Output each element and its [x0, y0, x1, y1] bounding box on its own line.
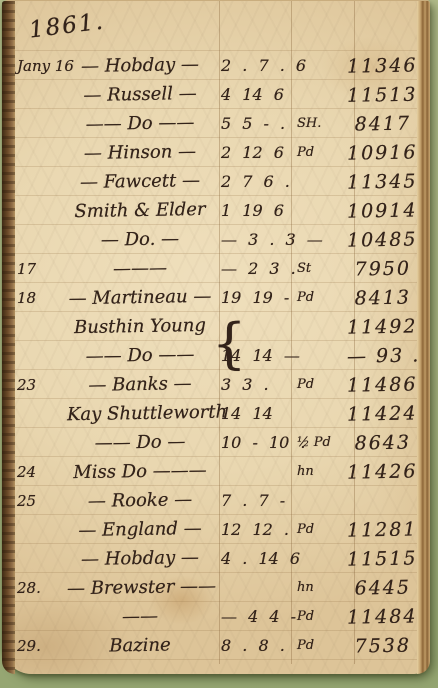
date-cell: 24 — [15, 463, 67, 481]
date-cell: 23 — [15, 376, 67, 394]
ref-number-cell: 8413 — [347, 286, 417, 309]
amount-cell: 3 3 . — [213, 375, 287, 394]
name-cell: — Brewster —— — [67, 576, 213, 600]
ref-number-cell: 11492 — [347, 315, 417, 338]
paid-mark-cell: hn — [287, 580, 347, 595]
name-cell: ——— — [67, 257, 213, 281]
amount-cell: 2 12 6 — [213, 143, 287, 162]
name-cell: —— Do —— — [67, 112, 213, 136]
amount-cell: 4 14 6 — [213, 85, 287, 104]
name-cell: Smith & Elder — [67, 199, 213, 223]
paid-mark-cell: Pd — [287, 290, 347, 305]
paid-mark-cell: Pd — [287, 609, 347, 624]
name-cell: —— — [67, 605, 213, 629]
ref-number-cell: 8417 — [347, 112, 417, 135]
name-cell: — Hobday — — [67, 547, 213, 571]
ledger-scan-scene: 1861. Jany 16 — Hobday — 2 . 7 . 6 11346… — [0, 0, 438, 688]
amount-cell: 8 . 8 . — [213, 636, 287, 655]
page-stack-edges — [417, 1, 430, 674]
ledger-row: — England — 12 12 . Pd 11281 — [15, 515, 417, 544]
paid-mark-cell: Pd — [287, 522, 347, 537]
name-cell: — Fawcett — — [67, 170, 213, 194]
ref-number-cell: 11345 — [347, 170, 417, 193]
paid-mark-cell: St — [287, 261, 347, 276]
ledger-row: —— Do —— 5 5 - . SH. 8417 — [15, 109, 417, 138]
ref-number-cell: 6445 — [347, 576, 417, 599]
name-cell: —— Do — — [67, 431, 213, 455]
name-cell: — Martineau — — [67, 286, 213, 310]
ledger-row: 28. — Brewster —— hn 6445 — [15, 573, 417, 602]
paid-mark-cell: Pd — [287, 145, 347, 160]
ledger-row: — Russell — 4 14 6 11513 . — [15, 80, 417, 109]
date-cell: 29. — [15, 637, 67, 655]
ledger-page: 1861. Jany 16 — Hobday — 2 . 7 . 6 11346… — [2, 0, 430, 674]
ledger-row: Jany 16 — Hobday — 2 . 7 . 6 11346 — [15, 51, 417, 80]
name-cell: — Russell — — [67, 83, 213, 107]
name-cell: — Do. — — [67, 228, 213, 252]
ref-number-cell: 11486 — [347, 373, 417, 396]
amount-cell: 7 . 7 - — [213, 491, 287, 510]
ref-number-cell: 7950 — [347, 257, 417, 280]
amount-cell: — 2 3 . — [213, 259, 287, 278]
name-cell: Busthin Young — [67, 315, 213, 339]
amount-cell: 19 19 - — [213, 288, 287, 307]
year-heading: 1861. — [28, 8, 106, 43]
paid-mark-cell: SH. — [287, 116, 347, 131]
paid-mark-cell: hn — [287, 464, 347, 479]
ref-number-cell — [347, 500, 417, 501]
ref-number-cell: 11484 — [347, 605, 417, 628]
ledger-row: — Hobday — 4 . 14 6 11515 — [15, 544, 417, 573]
amount-cell: 10 - 10 . — [213, 433, 287, 452]
ref-number-cell: 10916 — [347, 141, 417, 164]
ref-number-cell: 11426 — [347, 460, 417, 483]
name-cell: — Hinson — — [67, 141, 213, 165]
amount-cell: 1 19 6 — [213, 201, 287, 220]
ref-number-cell: 11281 — [347, 518, 417, 541]
amount-cell: — 4 4 - — [213, 607, 287, 626]
ref-number-cell: 11346 — [347, 54, 417, 77]
name-cell: — Rooke — — [67, 489, 213, 513]
ledger-row: — Hinson — 2 12 6 Pd 10916 — [15, 138, 417, 167]
ledger-row: 24 Miss Do ——— hn 11426 — [15, 457, 417, 486]
ledger-row: —— — 4 4 - Pd 11484 — [15, 602, 417, 631]
ledger-content: 1861. Jany 16 — Hobday — 2 . 7 . 6 11346… — [15, 1, 417, 674]
ledger-row: 18 — Martineau — 19 19 - Pd 8413 — [15, 283, 417, 312]
ledger-row: Smith & Elder 1 19 6 10914 — [15, 196, 417, 225]
amount-cell: 4 . 14 6 — [213, 549, 287, 568]
amount-cell: 12 12 . — [213, 520, 287, 539]
date-cell: Jany 16 — [15, 57, 67, 75]
ref-number-cell: 10914 — [347, 199, 417, 222]
ledger-row: 17 ——— — 2 3 . St 7950 — [15, 254, 417, 283]
amount-cell: 2 . 7 . 6 — [213, 56, 287, 75]
name-cell: — Hobday — — [67, 54, 213, 78]
ledger-row: 25 — Rooke — 7 . 7 - — [15, 486, 417, 515]
name-cell: Kay Shuttleworth — [67, 402, 213, 426]
brace-glyph: { — [212, 315, 246, 373]
paid-mark-cell: Pd — [287, 638, 347, 653]
name-cell: — Banks — — [67, 373, 213, 397]
book-binding-edge — [2, 1, 15, 674]
ref-number-cell: 10485 — [347, 228, 417, 251]
ref-number-cell: 11513 . — [347, 83, 417, 107]
ledger-row: Kay Shuttleworth 14 14 11424 — [15, 399, 417, 428]
ledger-row: —— Do — 10 - 10 . ½ Pd 8643 — [15, 428, 417, 457]
amount-cell: 2 7 6 . — [213, 172, 287, 191]
ref-number-cell: 11515 — [347, 547, 417, 570]
ref-number-cell: 8643 — [347, 431, 417, 454]
amount-cell: 5 5 - . — [213, 114, 287, 133]
paid-mark-cell: ½ Pd — [287, 435, 347, 450]
name-cell: Bazine — [67, 634, 213, 658]
name-cell: — England — — [67, 518, 213, 542]
date-cell: 28. — [15, 579, 67, 597]
date-cell: 17 — [15, 260, 67, 278]
ledger-row: — Do. — — 3 . 3 — 10485 — [15, 225, 417, 254]
paid-mark-cell: Pd — [287, 377, 347, 392]
name-cell: —— Do —— — [67, 344, 213, 368]
date-cell: 25 — [15, 492, 67, 510]
ref-number-cell: — 93 . — [347, 344, 417, 367]
ledger-row: — Fawcett — 2 7 6 . 11345 — [15, 167, 417, 196]
ledger-row: 29. Bazine 8 . 8 . Pd 7538 — [15, 631, 417, 660]
ref-number-cell: 11424 — [347, 402, 417, 425]
date-cell: 18 — [15, 289, 67, 307]
name-cell: Miss Do ——— — [67, 460, 213, 484]
amount-cell: — 3 . 3 — — [213, 230, 287, 249]
ref-number-cell: 7538 — [347, 634, 417, 657]
